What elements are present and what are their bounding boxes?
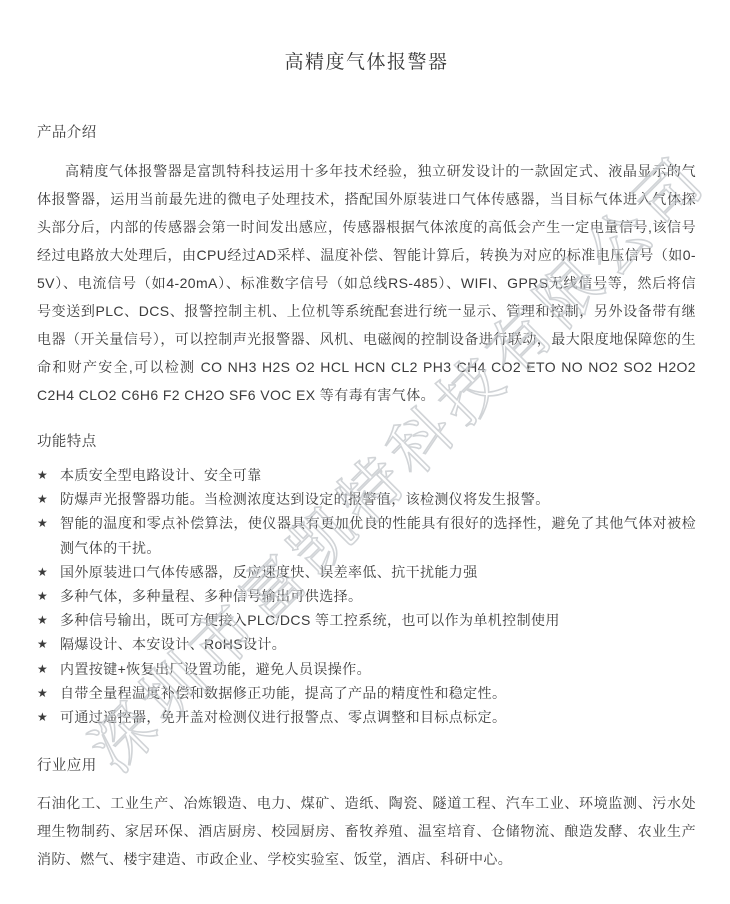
section-applications: 行业应用 石油化工、工业生产、冶炼锻造、电力、煤矿、造纸、陶瓷、隧道工程、汽车工… <box>37 756 696 873</box>
feature-item: ★ 自带全量程温度补偿和数据修正功能，提高了产品的精度性和稳定性。 <box>37 681 696 705</box>
feature-text: 国外原装进口气体传感器，反应速度快、误差率低、抗干扰能力强 <box>60 560 696 584</box>
product-intro-paragraph: 高精度气体报警器是富凯特科技运用十多年技术经验，独立研发设计的一款固定式、液晶显… <box>37 157 696 409</box>
page-title: 高精度气体报警器 <box>37 0 696 76</box>
star-bullet-icon: ★ <box>37 511 60 535</box>
feature-item: ★ 内置按键+恢复出厂设置功能，避免人员误操作。 <box>37 657 696 681</box>
feature-text: 多种信号输出，既可方便接入PLC/DCS 等工控系统，也可以作为单机控制使用 <box>60 608 696 632</box>
feature-text: 隔爆设计、本安设计、RoHS设计。 <box>60 632 696 656</box>
star-bullet-icon: ★ <box>37 705 60 729</box>
feature-item: ★ 可通过遥控器，免开盖对检测仪进行报警点、零点调整和目标点标定。 <box>37 705 696 729</box>
feature-text: 防爆声光报警器功能。当检测浓度达到设定的报警值，该检测仪将发生报警。 <box>60 487 696 511</box>
feature-text: 多种气体，多种量程、多种信号输出可供选择。 <box>60 584 696 608</box>
feature-text: 本质安全型电路设计、安全可靠 <box>60 463 696 487</box>
star-bullet-icon: ★ <box>37 487 60 511</box>
section-features: 功能特点 ★ 本质安全型电路设计、安全可靠 ★ 防爆声光报警器功能。当检测浓度达… <box>37 432 696 729</box>
feature-text: 智能的温度和零点补偿算法，使仪器具有更加优良的性能具有很好的选择性，避免了其他气… <box>60 511 696 559</box>
feature-text: 自带全量程温度补偿和数据修正功能，提高了产品的精度性和稳定性。 <box>60 681 696 705</box>
feature-item: ★ 国外原装进口气体传感器，反应速度快、误差率低、抗干扰能力强 <box>37 560 696 584</box>
star-bullet-icon: ★ <box>37 657 60 681</box>
feature-item: ★ 隔爆设计、本安设计、RoHS设计。 <box>37 632 696 656</box>
star-bullet-icon: ★ <box>37 608 60 632</box>
feature-text: 可通过遥控器，免开盖对检测仪进行报警点、零点调整和目标点标定。 <box>60 705 696 729</box>
feature-item: ★ 多种气体，多种量程、多种信号输出可供选择。 <box>37 584 696 608</box>
section-heading-product-intro: 产品介绍 <box>37 123 696 143</box>
star-bullet-icon: ★ <box>37 584 60 608</box>
applications-paragraph: 石油化工、工业生产、冶炼锻造、电力、煤矿、造纸、陶瓷、隧道工程、汽车工业、环境监… <box>37 789 696 873</box>
section-product-intro: 产品介绍 高精度气体报警器是富凯特科技运用十多年技术经验，独立研发设计的一款固定… <box>37 123 696 409</box>
section-heading-features: 功能特点 <box>37 432 696 452</box>
star-bullet-icon: ★ <box>37 463 60 487</box>
feature-text: 内置按键+恢复出厂设置功能，避免人员误操作。 <box>60 657 696 681</box>
document-content: 高精度气体报警器 产品介绍 高精度气体报警器是富凯特科技运用十多年技术经验，独立… <box>0 0 730 873</box>
section-heading-applications: 行业应用 <box>37 756 696 776</box>
document-page: 深圳市富凯特科技有限公司 高精度气体报警器 产品介绍 高精度气体报警器是富凯特科… <box>0 0 730 904</box>
star-bullet-icon: ★ <box>37 560 60 584</box>
feature-item: ★ 智能的温度和零点补偿算法，使仪器具有更加优良的性能具有很好的选择性，避免了其… <box>37 511 696 559</box>
feature-item: ★ 多种信号输出，既可方便接入PLC/DCS 等工控系统，也可以作为单机控制使用 <box>37 608 696 632</box>
features-list: ★ 本质安全型电路设计、安全可靠 ★ 防爆声光报警器功能。当检测浓度达到设定的报… <box>37 463 696 729</box>
star-bullet-icon: ★ <box>37 681 60 705</box>
feature-item: ★ 本质安全型电路设计、安全可靠 <box>37 463 696 487</box>
star-bullet-icon: ★ <box>37 632 60 656</box>
feature-item: ★ 防爆声光报警器功能。当检测浓度达到设定的报警值，该检测仪将发生报警。 <box>37 487 696 511</box>
